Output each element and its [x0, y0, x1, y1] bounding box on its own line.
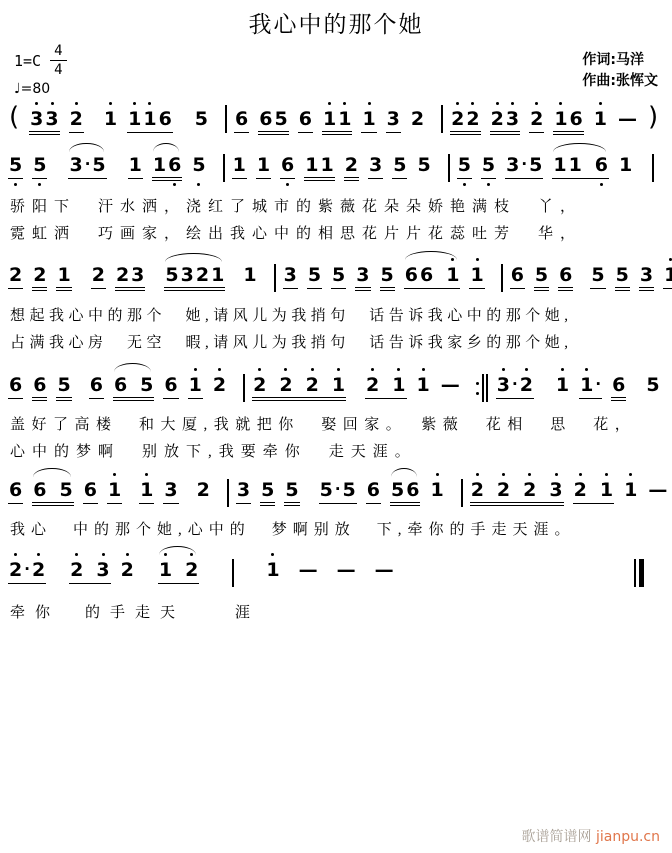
note-token: 1 — [618, 154, 633, 176]
note-token: 5321 — [164, 264, 225, 291]
barline-icon — [223, 154, 225, 182]
dash-token: — — [617, 108, 638, 130]
score-line-3: 221223532113553566 11656553132 — [8, 264, 672, 292]
note-token: 6 — [234, 108, 249, 133]
octave-dot-above-icon — [75, 102, 78, 105]
barline-icon — [448, 154, 450, 182]
barline-icon — [461, 479, 463, 507]
key-and-tempo: 1=C 4 4 ♩=80 — [14, 44, 67, 97]
lyric-line-4: 占满我心房 无空 暇,请风儿为我捎句 话告诉我家乡的那个她, — [10, 331, 573, 352]
note-token: 2 1 — [573, 479, 614, 504]
note-token: 2 — [212, 374, 227, 396]
time-signature-numerator: 4 — [50, 44, 66, 61]
octave-dot-above-icon — [35, 102, 38, 105]
note-token: 5 — [416, 154, 431, 176]
octave-dot-above-icon — [559, 102, 562, 105]
octave-dot-above-icon — [528, 473, 531, 476]
barline-icon — [652, 154, 654, 182]
note-token: 1· — [579, 374, 602, 399]
note-token: 2 — [120, 559, 135, 581]
lyric-line-8: 牵你 的手走天 涯 — [10, 601, 260, 622]
octave-dot-above-icon — [555, 473, 558, 476]
octave-dot-above-icon — [579, 473, 582, 476]
octave-dot-above-icon — [496, 102, 499, 105]
octave-dot-above-icon — [284, 368, 287, 371]
octave-dot-above-icon — [337, 368, 340, 371]
slur-icon — [553, 143, 606, 152]
dash-token: — — [647, 479, 668, 501]
watermark: 歌谱简谱网 jianpu.cn — [522, 826, 660, 846]
note-token: 11 — [304, 154, 334, 181]
barline-icon — [441, 105, 443, 133]
octave-dot-above-icon — [368, 102, 371, 105]
octave-dot-below-icon — [173, 183, 176, 186]
lyric-line-3: 想起我心中的那个 她,请风儿为我捎句 话告诉我心中的那个她, — [10, 304, 573, 325]
octave-dot-above-icon — [371, 368, 374, 371]
note-token: 16 — [152, 154, 182, 181]
note-token: 1 — [593, 108, 608, 130]
note-token: 6 — [32, 374, 47, 401]
octave-dot-above-icon — [145, 473, 148, 476]
parenthesis-icon: ( — [8, 102, 20, 132]
note-token: 1 — [139, 479, 154, 504]
octave-dot-above-icon — [629, 473, 632, 476]
barline-icon — [225, 105, 227, 133]
note-token: 5 — [645, 374, 660, 396]
note-token: 6 — [611, 374, 626, 401]
note-token: 2 — [69, 108, 84, 133]
octave-dot-below-icon — [286, 183, 289, 186]
note-token: 1 — [265, 559, 280, 581]
score-line-2: 553·51165116112355553·511 61 — [8, 154, 661, 182]
dash-token: — — [374, 559, 395, 581]
note-token: 1 — [103, 108, 118, 130]
octave-dot-above-icon — [75, 553, 78, 556]
note-token: 3 — [236, 479, 251, 504]
score-line-1: (3321116566561113222232161—) — [8, 102, 672, 135]
note-token: 2 2 2 3 — [470, 479, 564, 506]
note-token: 3·2 — [496, 374, 534, 399]
octave-dot-below-icon — [487, 183, 490, 186]
note-token: 1 — [107, 479, 122, 504]
octave-dot-below-icon — [600, 183, 603, 186]
octave-dot-above-icon — [502, 368, 505, 371]
note-token: 3 — [386, 108, 401, 133]
octave-dot-above-icon — [258, 368, 261, 371]
parenthesis-icon: ) — [647, 102, 659, 132]
octave-dot-above-icon — [51, 102, 54, 105]
note-token: 1 — [188, 374, 203, 399]
note-token: 11 — [322, 108, 352, 135]
note-token: 6 5 — [32, 479, 73, 506]
note-token: 3·5 — [505, 154, 543, 179]
lyric-line-1: 骄阳下 汗水洒，浇红了城市的紫薇花朵朵娇艳满枝 丫， — [10, 195, 582, 216]
barline-icon — [274, 264, 276, 292]
repeat-sign-icon — [476, 374, 490, 402]
octave-dot-above-icon — [476, 473, 479, 476]
note-token: 6 5 — [113, 374, 154, 401]
note-token: 1 — [416, 374, 431, 396]
note-token: 6 — [8, 479, 23, 504]
octave-dot-above-icon — [511, 102, 514, 105]
note-token: 5 — [8, 154, 23, 179]
note-token: 2 — [344, 154, 359, 181]
note-token: 5 — [32, 154, 47, 179]
note-token: 5 — [590, 264, 605, 289]
note-token: 5 — [481, 154, 496, 179]
note-token: 1 — [469, 264, 484, 289]
note-token: 3·5 — [68, 154, 106, 179]
octave-dot-above-icon — [456, 102, 459, 105]
note-token: 5 — [392, 154, 407, 179]
slur-icon — [114, 363, 151, 372]
slur-icon — [405, 251, 458, 260]
key-label: 1=C — [14, 52, 41, 70]
slur-icon — [391, 468, 417, 477]
octave-dot-above-icon — [502, 473, 505, 476]
octave-dot-above-icon — [148, 102, 151, 105]
credits: 作词:马洋 作曲:张恽文 — [582, 50, 658, 92]
note-token: 6 — [83, 479, 98, 504]
octave-dot-above-icon — [271, 553, 274, 556]
score-line-4: 66566 56122 2 2 12 11—3·211·65 — [8, 374, 672, 402]
note-token: 5 — [56, 374, 71, 401]
score-line-5: 66 5611323555·565612 2 2 32 11— — [8, 479, 672, 507]
lyric-line-2: 霓虹洒 巧画家，绘出我心中的相思花片片花蕊吐芳 华， — [10, 222, 582, 243]
note-token: 13 — [663, 264, 672, 289]
octave-dot-above-icon — [561, 368, 564, 371]
note-token: 1 — [256, 154, 271, 179]
tempo-value: =80 — [21, 81, 51, 97]
note-token: 5·5 — [319, 479, 357, 504]
note-token: 22 — [450, 108, 480, 135]
note-token: 33 — [29, 108, 59, 135]
note-token: 1 — [232, 154, 247, 179]
octave-dot-above-icon — [37, 553, 40, 556]
note-token: 1 — [128, 154, 143, 179]
octave-dot-below-icon — [14, 183, 17, 186]
lyric-line-6: 心中的梦啊 别放下,我要牵你 走天涯。 — [10, 440, 417, 461]
dash-token: — — [440, 374, 461, 396]
slur-icon — [153, 143, 179, 152]
octave-dot-above-icon — [422, 368, 425, 371]
key-signature: 1=C 4 4 — [14, 44, 67, 77]
note-token: 5 — [191, 154, 206, 176]
octave-dot-above-icon — [133, 102, 136, 105]
octave-dot-above-icon — [535, 102, 538, 105]
note-token: 23 — [115, 264, 145, 291]
slur-icon — [165, 253, 222, 262]
note-token: 5 — [615, 264, 630, 291]
song-title: 我心中的那个她 — [0, 6, 672, 39]
octave-dot-above-icon — [328, 102, 331, 105]
octave-dot-above-icon — [14, 553, 17, 556]
note-token: 6 — [163, 374, 178, 399]
time-signature-denominator: 4 — [50, 61, 66, 77]
note-token: 56 — [390, 479, 420, 506]
octave-dot-above-icon — [436, 473, 439, 476]
final-barline-icon — [634, 559, 644, 587]
note-token: 1 — [623, 479, 638, 501]
note-token: 1 2 — [158, 559, 199, 584]
note-token: 6 — [89, 374, 104, 399]
note-token: 3 — [639, 264, 654, 291]
score-line-6: 2·22 321 21——— — [8, 559, 644, 587]
octave-dot-above-icon — [605, 473, 608, 476]
octave-dot-above-icon — [599, 102, 602, 105]
note-token: 5 — [380, 264, 395, 291]
note-token: 3 — [283, 264, 298, 289]
note-token: 5 — [260, 479, 275, 506]
note-token: 1 — [242, 264, 257, 286]
note-token: 66 1 — [404, 264, 461, 289]
note-token: 2 — [91, 264, 106, 289]
note-token: 2 1 — [365, 374, 406, 399]
note-token: 5 — [331, 264, 346, 289]
note-token: 1 — [429, 479, 444, 501]
octave-dot-above-icon — [476, 258, 479, 261]
note-token: 5 — [307, 264, 322, 289]
note-token: 16 — [553, 108, 583, 135]
note-token: 6 — [558, 264, 573, 291]
lyric-line-5: 盖好了高楼 和大厦,我就把你 娶回家。 紫薇 花相 思 花， — [10, 413, 636, 434]
slur-icon — [33, 468, 70, 477]
note-token: 1 — [361, 108, 376, 133]
note-token: 6 — [298, 108, 313, 133]
note-token: 6 — [8, 374, 23, 399]
quarter-note-icon: ♩ — [14, 81, 21, 97]
octave-dot-above-icon — [311, 368, 314, 371]
note-token: 65 — [258, 108, 288, 135]
octave-dot-below-icon — [197, 183, 200, 186]
octave-dot-above-icon — [218, 368, 221, 371]
watermark-site-url[interactable]: jianpu.cn — [596, 829, 660, 845]
dash-token: — — [336, 559, 357, 581]
octave-dot-above-icon — [113, 473, 116, 476]
note-token: 2 — [529, 108, 544, 133]
note-token: 3 — [163, 479, 178, 504]
octave-dot-above-icon — [525, 368, 528, 371]
barline-icon — [243, 374, 245, 402]
barline-icon — [232, 559, 234, 587]
barline-icon — [501, 264, 503, 292]
octave-dot-above-icon — [585, 368, 588, 371]
note-token: 116 — [127, 108, 173, 133]
time-signature: 4 4 — [50, 44, 66, 77]
octave-dot-below-icon — [38, 183, 41, 186]
note-token: 6 — [280, 154, 295, 179]
octave-dot-above-icon — [109, 102, 112, 105]
slur-icon — [69, 143, 103, 152]
note-token: 1 — [555, 374, 570, 396]
lyricist-credit: 作词:马洋 — [582, 50, 658, 71]
note-token: 2 — [8, 264, 23, 289]
note-token: 1 — [56, 264, 71, 291]
note-token: 5 — [284, 479, 299, 506]
watermark-site-name: 歌谱简谱网 — [522, 829, 592, 845]
tempo-marking: ♩=80 — [14, 81, 67, 97]
octave-dot-above-icon — [397, 368, 400, 371]
note-token: 5 — [194, 108, 209, 130]
barline-icon — [227, 479, 229, 507]
note-token: 6 — [366, 479, 381, 504]
octave-dot-above-icon — [471, 102, 474, 105]
note-token: 3 — [355, 264, 370, 291]
note-token: 2 2 2 1 — [252, 374, 346, 401]
slur-icon — [159, 546, 196, 555]
note-token: 5 — [534, 264, 549, 291]
lyric-line-7: 我心 中的那个她,心中的 梦啊别放 下,牵你的手走天涯。 — [10, 518, 576, 539]
note-token: 2·2 — [8, 559, 46, 584]
octave-dot-above-icon — [126, 553, 129, 556]
note-token: 5 — [457, 154, 472, 179]
note-token: 3 — [368, 154, 383, 179]
note-token: 2 3 — [69, 559, 110, 584]
note-token: 2 — [32, 264, 47, 291]
note-token: 2 — [410, 108, 425, 130]
octave-dot-above-icon — [343, 102, 346, 105]
composer-credit: 作曲:张恽文 — [582, 71, 658, 92]
note-token: 2 — [196, 479, 211, 501]
octave-dot-above-icon — [102, 553, 105, 556]
note-token: 11 6 — [552, 154, 609, 179]
note-token: 6 — [510, 264, 525, 289]
octave-dot-above-icon — [194, 368, 197, 371]
note-token: 23 — [490, 108, 520, 135]
dash-token: — — [298, 559, 319, 581]
octave-dot-below-icon — [463, 183, 466, 186]
